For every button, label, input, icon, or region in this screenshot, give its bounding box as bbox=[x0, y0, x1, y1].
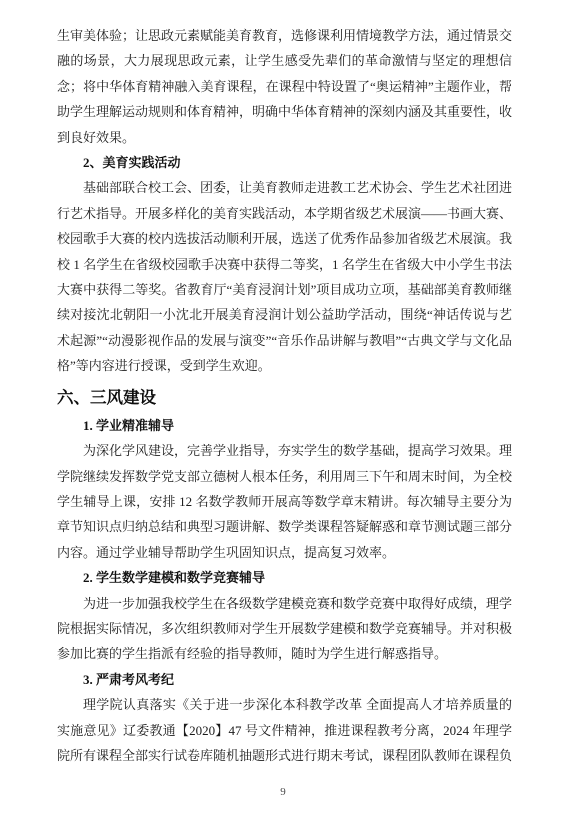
heading-academic-precision-tutoring: 1. 学业精准辅导 bbox=[57, 413, 512, 438]
document-page: 生审美体验；让思政元素赋能美育教育，选修课利用情境教学方法，通过情景交融的场景，… bbox=[0, 0, 566, 824]
heading-three-styles-construction: 六、三风建设 bbox=[57, 384, 512, 411]
page-number: 9 bbox=[0, 786, 566, 798]
paragraph-aesthetic-education-continued: 生审美体验；让思政元素赋能美育教育，选修课利用情境教学方法，通过情景交融的场景，… bbox=[57, 23, 512, 150]
heading-exam-discipline: 3. 严肃考风考纪 bbox=[57, 667, 512, 692]
paragraph-exam-reform-details: 理学院认真落实《关于进一步深化本科教学改革 全面提高人才培养质量的实施意见》辽委… bbox=[57, 692, 512, 768]
heading-math-modeling-competition-tutoring: 2. 学生数学建模和数学竞赛辅导 bbox=[57, 565, 512, 590]
paragraph-academic-tutoring-details: 为深化学风建设，完善学业指导，夯实学生的数学基础，提高学习效果。理学院继续发挥数… bbox=[57, 438, 512, 565]
page-body-text: 生审美体验；让思政元素赋能美育教育，选修课利用情境教学方法，通过情景交融的场景，… bbox=[57, 23, 512, 768]
heading-aesthetic-practice-activities: 2、美育实践活动 bbox=[57, 150, 512, 175]
paragraph-math-competition-details: 为进一步加强我校学生在各级数学建模竞赛和数学竞赛中取得好成绩，理学院根据实际情况… bbox=[57, 591, 512, 667]
paragraph-aesthetic-practice-details: 基础部联合校工会、团委，让美育教师走进教工艺术协会、学生艺术社团进行艺术指导。开… bbox=[57, 175, 512, 378]
